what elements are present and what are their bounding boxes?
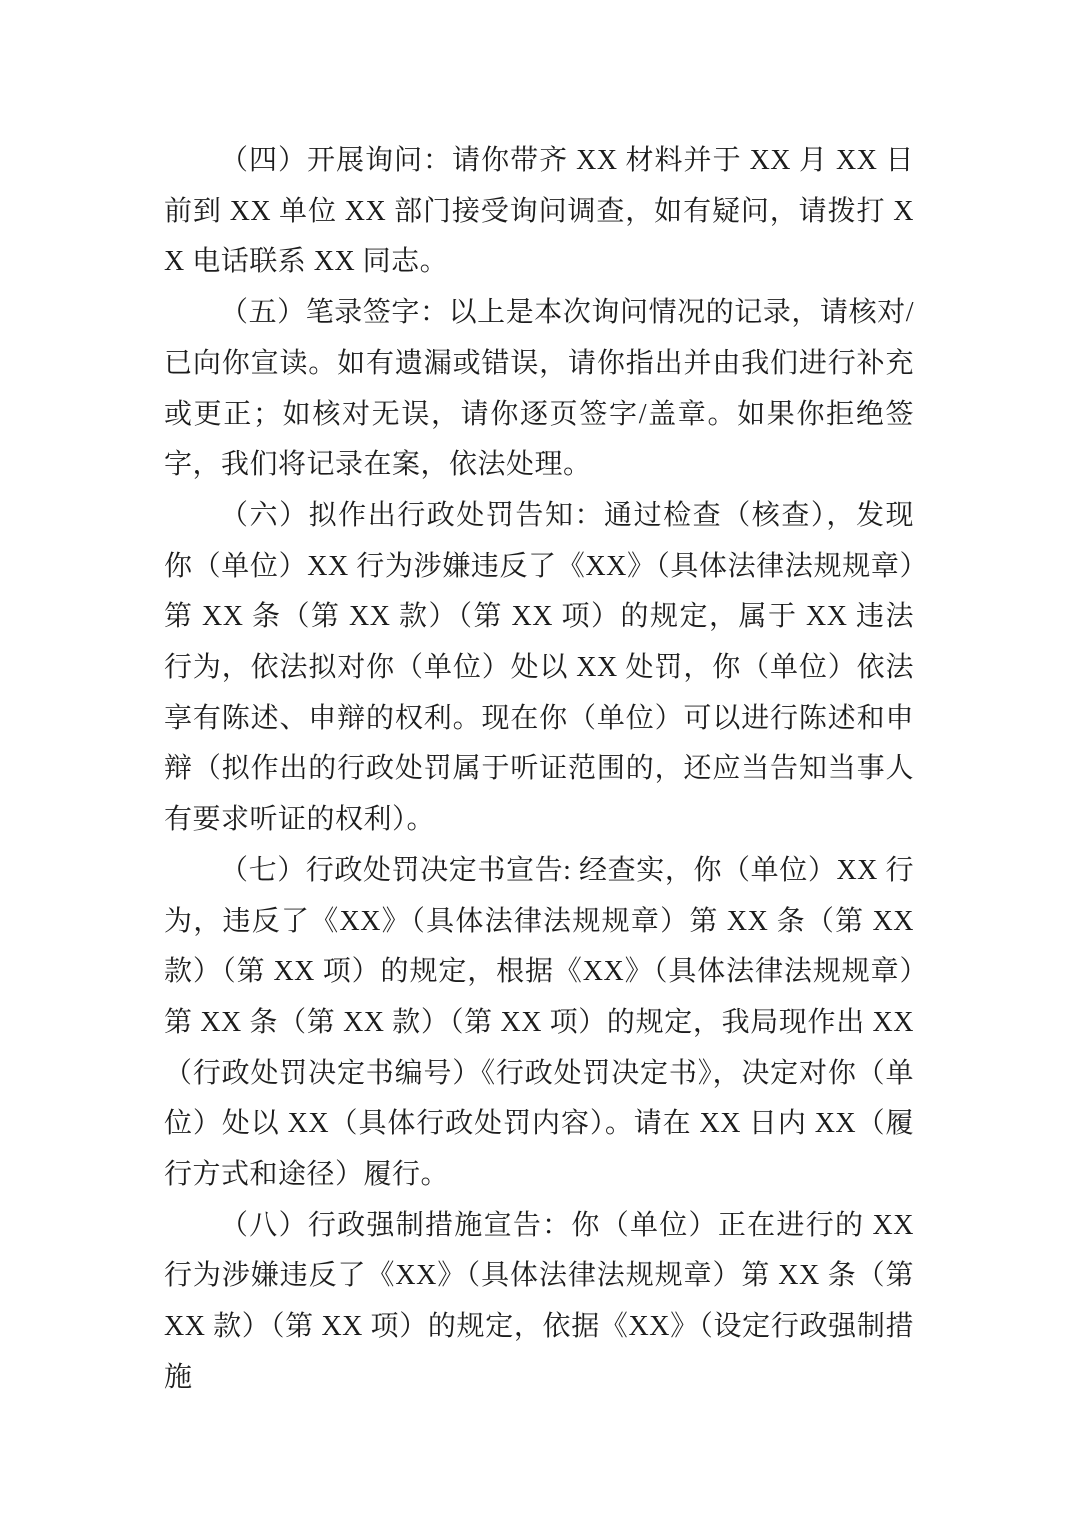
- paragraph-item-7: （七）行政处罚决定书宣告: 经查实，你（单位）XX 行为，违反了《XX》（具体法…: [164, 846, 914, 1201]
- paragraph-item-5: （五）笔录签字：以上是本次询问情况的记录，请核对/已向你宣读。如有遗漏或错误，请…: [164, 288, 914, 491]
- paragraph-item-6: （六）拟作出行政处罚告知：通过检查（核查），发现你（单位）XX 行为涉嫌违反了《…: [164, 491, 914, 846]
- document-page: （四）开展询问：请你带齐 XX 材料并于 XX 月 XX 日前到 XX 单位 X…: [0, 0, 1074, 1520]
- document-body: （四）开展询问：请你带齐 XX 材料并于 XX 月 XX 日前到 XX 单位 X…: [164, 136, 914, 1404]
- paragraph-item-4: （四）开展询问：请你带齐 XX 材料并于 XX 月 XX 日前到 XX 单位 X…: [164, 136, 914, 288]
- paragraph-item-8: （八）行政强制措施宣告：你（单位）正在进行的 XX 行为涉嫌违反了《XX》（具体…: [164, 1201, 914, 1404]
